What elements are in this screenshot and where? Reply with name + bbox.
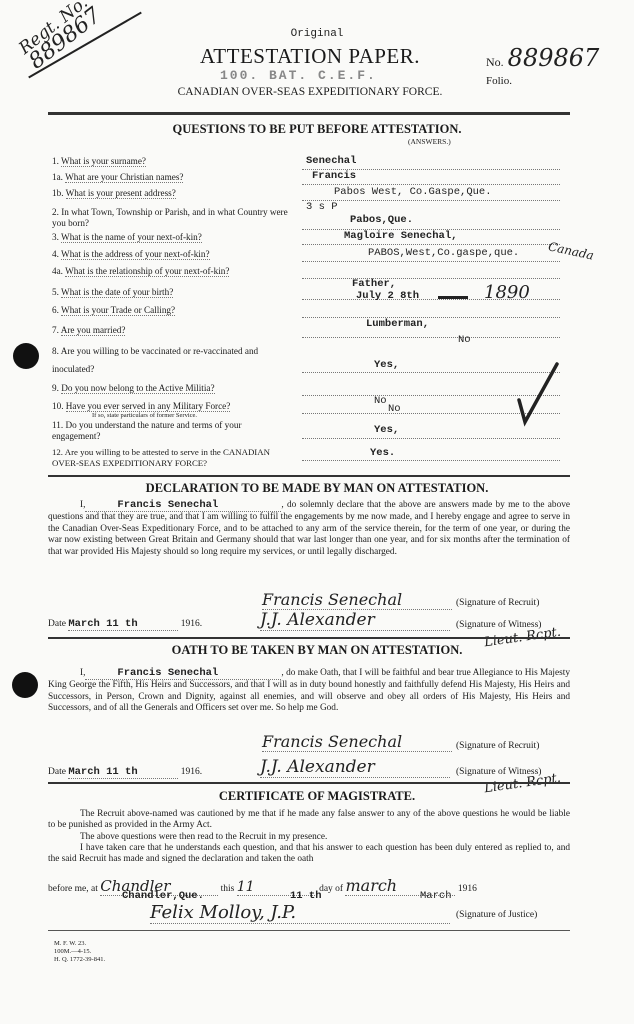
declaration-date: March 11 th	[68, 618, 178, 631]
number-label: No.	[486, 55, 504, 69]
answer-line-3	[302, 243, 560, 245]
form-code: M. F. W. 23. 100M.—4-15. H. Q. 1772-39-8…	[54, 940, 105, 964]
question-1a: 1a. What are your Christian names?	[52, 172, 292, 183]
declaration-witness-signature: J.J. Alexander	[260, 610, 450, 631]
certificate-place-typed: Chandler,Que.	[122, 890, 204, 902]
declaration-recruit-sig-label: (Signature of Recruit)	[456, 598, 539, 608]
answer-8: Yes,	[374, 359, 399, 371]
declaration-title: DECLARATION TO BE MADE BY MAN ON ATTESTA…	[0, 481, 634, 496]
question-1: 1. What is your surname?	[52, 156, 292, 167]
question-8: 8. Are you willing to be vaccinated or r…	[52, 342, 292, 378]
answer-line-12	[302, 459, 560, 461]
declaration-year: 1916.	[181, 619, 202, 629]
oath-text: I,Francis Senechal, do make Oath, that I…	[48, 668, 570, 715]
answer-6: Lumberman,	[366, 318, 429, 330]
certificate-divider	[48, 782, 570, 784]
answer-12: Yes.	[370, 447, 395, 459]
answer-line-4a	[302, 277, 560, 279]
form-code-line-1: M. F. W. 23.	[54, 940, 105, 948]
form-code-line-3: H. Q. 1772-39-841.	[54, 956, 105, 964]
questions-title: QUESTIONS TO BE PUT BEFORE ATTESTATION.	[0, 122, 634, 137]
justice-sig-label: (Signature of Justice)	[456, 910, 537, 920]
answer-5: July 2 8th	[356, 290, 419, 302]
certificate-paragraph-3: I have taken care that he understands ea…	[48, 843, 570, 866]
question-5: 5. What is the date of your birth?	[52, 287, 292, 298]
question-10-sub: If so, state particulars of former Servi…	[52, 412, 292, 420]
question-4: 4. What is the address of your next-of-k…	[52, 249, 292, 260]
answer-4a: Father,	[352, 278, 396, 290]
oath-name: Francis Senechal	[85, 668, 281, 680]
question-9: 9. Do you now belong to the Active Milit…	[52, 383, 292, 394]
oath-date: March 11 th	[68, 766, 178, 779]
justice-signature: Felix Molloy, J.P.	[150, 902, 450, 924]
footer-divider	[48, 930, 570, 931]
question-12: 12. Are you willing to be attested to se…	[52, 447, 292, 469]
punch-hole-bottom	[12, 672, 38, 698]
declaration-date-row: Date March 11 th 1916.	[48, 618, 202, 631]
certificate-title: CERTIFICATE OF MAGISTRATE.	[0, 789, 634, 804]
punch-hole-top	[13, 343, 39, 369]
answer-3: Magloire Senechal,	[344, 230, 457, 242]
oath-year: 1916.	[181, 767, 202, 777]
answer-line-4	[302, 260, 560, 262]
answer-line-1a	[302, 183, 560, 185]
oath-recruit-sig-label: (Signature of Recruit)	[456, 741, 539, 751]
answer-line-1b	[302, 199, 560, 201]
certificate-year: 1916	[458, 884, 477, 894]
answer-line-7	[302, 336, 560, 338]
declaration-name: Francis Senechal	[85, 500, 281, 512]
oath-title: OATH TO BE TAKEN BY MAN ON ATTESTATION.	[0, 643, 634, 658]
declaration-recruit-signature: Francis Senechal	[262, 590, 452, 610]
answer-line-6	[302, 316, 560, 318]
question-6: 6. What is your Trade or Calling?	[52, 305, 292, 316]
question-7: 7. Are you married?	[52, 325, 292, 336]
original-label: Original	[0, 28, 634, 40]
number-value: 889867	[508, 44, 600, 72]
question-3: 3. What is the name of your next-of-kin?	[52, 232, 292, 243]
document-subtitle: CANADIAN OVER-SEAS EXPEDITIONARY FORCE.	[130, 86, 490, 98]
answer-11: Yes,	[374, 424, 399, 436]
certificate-paragraph-1: The Recruit above-named was cautioned by…	[48, 809, 570, 832]
battalion-stamp: 100. BAT. C.E.F.	[220, 68, 377, 83]
declaration-divider	[48, 475, 570, 477]
folio-label: Folio.	[486, 75, 512, 87]
question-2: 2. In what Town, Township or Parish, and…	[52, 207, 292, 229]
question-4a: 4a. What is the relationship of your nex…	[52, 266, 292, 277]
answer-1: Senechal	[306, 155, 356, 167]
answer-5-annotation: 1890	[484, 282, 530, 303]
answer-2: Pabos,Que.	[350, 214, 413, 226]
answer-10: No	[388, 403, 401, 415]
number-field: No. 889867	[486, 44, 599, 72]
declaration-text: I,Francis Senechal, do solemnly declare …	[48, 500, 570, 558]
answer-2-annotation: 3 s P	[306, 201, 338, 213]
form-code-line-2: 100M.—4-15.	[54, 948, 105, 956]
certificate-paragraph-2: The above questions were then read to th…	[48, 832, 570, 843]
question-1b: 1b. What is your present address?	[52, 188, 292, 199]
header-divider	[48, 112, 570, 115]
oath-witness-signature: J.J. Alexander	[260, 757, 450, 778]
answer-4: PABOS,West,Co.gaspe,que.	[368, 247, 519, 259]
oath-recruit-signature: Francis Senechal	[262, 732, 452, 752]
strikethrough-year	[438, 296, 468, 299]
question-10: 10. Have you ever served in any Military…	[52, 401, 292, 420]
oath-date-row: Date March 11 th 1916.	[48, 766, 202, 779]
answer-1a: Francis	[312, 170, 356, 182]
checkmark-icon	[505, 360, 565, 430]
answer-9: No	[374, 395, 387, 407]
answer-1b: Pabos West, Co.Gaspe,Que.	[334, 186, 492, 198]
answers-label: (ANSWERS.)	[408, 137, 451, 146]
answer-line-11	[302, 437, 560, 439]
answer-7: No	[458, 334, 471, 346]
certificate-month-typed: March	[420, 890, 452, 902]
certificate-day-typed: 11 th	[290, 890, 322, 902]
question-11: 11. Do you understand the nature and ter…	[52, 420, 292, 442]
oath-divider	[48, 637, 570, 639]
document-title: ATTESTATION PAPER.	[160, 44, 460, 69]
